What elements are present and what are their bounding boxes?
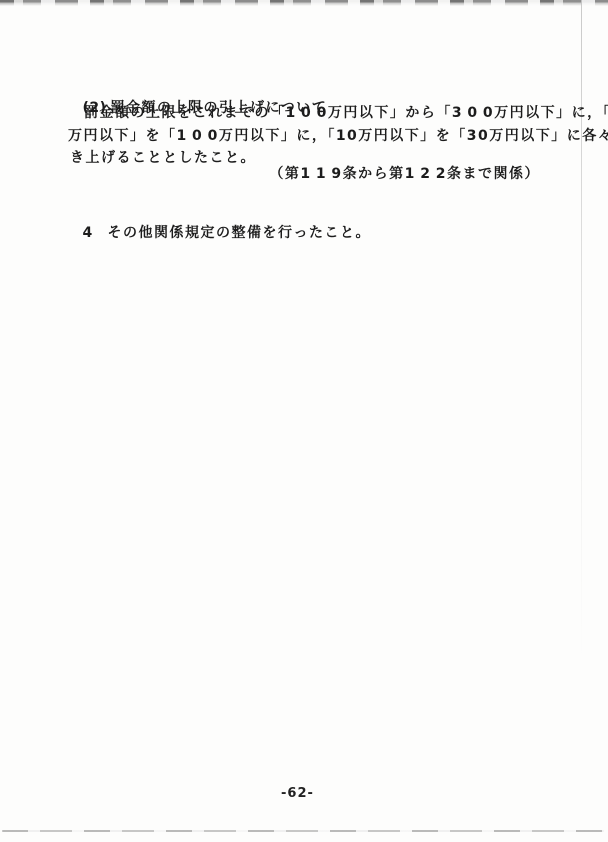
section-4-marker: 4 — [83, 225, 108, 242]
section-4-heading: 4その他関係規定の整備を行ったこと。 — [57, 208, 371, 259]
scanned-document-page: (2)罰金額の上限の引上げについて 罰金額の上限をこれまでの「1 0 0万円以下… — [0, 0, 608, 842]
section-2-body-line-1: 罰金額の上限をこれまでの「1 0 0万円以下」から「3 0 0万円以下」に，「3… — [84, 105, 608, 122]
page-number: -62- — [281, 786, 314, 801]
scan-artifact-bottom-edge — [2, 830, 604, 832]
section-4-text: その他関係規定の整備を行ったこと。 — [108, 225, 372, 241]
section-2-body-line-2: 万円以下」を「1 0 0万円以下」に，「10万円以下」を「30万円以下」に各々引 — [68, 128, 608, 145]
section-2-body-line-3: き上げることとしたこと。 — [70, 150, 256, 167]
article-reference: （第1 1 9条から第1 2 2条まで関係） — [269, 166, 540, 183]
scan-artifact-fold-line — [581, 0, 582, 660]
scan-artifact-top-edge — [0, 0, 608, 6]
